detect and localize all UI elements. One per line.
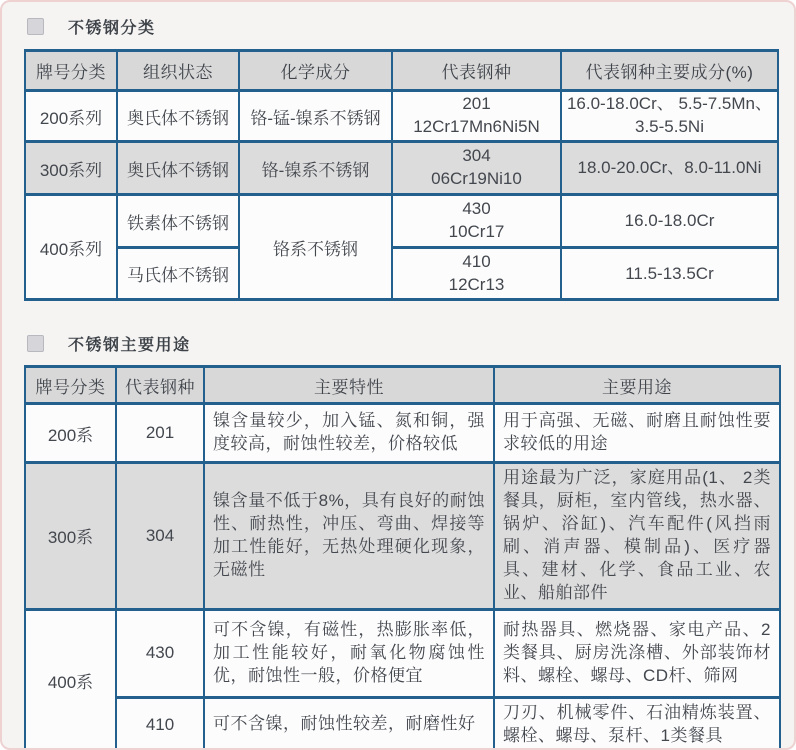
table-row: 300系 304 镍含量不低于8%，具有良好的耐蚀性、耐热性，冲压、弯曲、焊接等…	[25, 463, 780, 610]
steel-code: 201	[393, 93, 560, 116]
header-chemical-composition: 化学成分	[239, 51, 392, 91]
steel-designation: 12Cr17Mn6Ni5N	[393, 116, 560, 139]
steel-cell: 304 06Cr19Ni10	[392, 142, 561, 195]
use-cell: 用途最为广泛，家庭用品(1、 2类餐具，厨柜，室内管线，热水器、锅炉、浴缸)、汽…	[494, 463, 780, 610]
grade-cell: 201	[116, 404, 204, 463]
steel-designation: 12Cr13	[393, 274, 560, 297]
steel-code: 304	[393, 145, 560, 168]
state-cell: 马氏体不锈钢	[117, 248, 239, 300]
feature-cell: 镍含量不低于8%，具有良好的耐蚀性、耐热性，冲压、弯曲、焊接等加工性能好，无热处…	[204, 463, 494, 610]
steel-cell: 201 12Cr17Mn6Ni5N	[392, 91, 561, 142]
section1-title: 不锈钢分类	[68, 15, 156, 38]
feature-cell: 镍含量较少，加入锰、氮和铜，强度较高，耐蚀性较差，价格较低	[204, 404, 494, 463]
header-main-feature: 主要特性	[204, 367, 494, 404]
grade-cell: 410	[116, 697, 204, 750]
state-cell: 奥氏体不锈钢	[117, 91, 239, 142]
use-cell: 用于高强、无磁、耐磨且耐蚀性要求较低的用途	[494, 404, 780, 463]
usage-header-row: 牌号分类 代表钢种 主要特性 主要用途	[25, 367, 780, 404]
steel-code: 410	[393, 251, 560, 274]
steel-designation: 06Cr19Ni10	[393, 168, 560, 191]
table-row: 400系列 铁素体不锈钢 铬系不锈钢 430 10Cr17 16.0-18.0C…	[25, 195, 778, 248]
table-row: 300系列 奥氏体不锈钢 铬-镍系不锈钢 304 06Cr19Ni10 18.0…	[25, 142, 778, 195]
header-series: 牌号分类	[25, 367, 116, 404]
steel-designation: 10Cr17	[393, 221, 560, 244]
use-cell: 刀刃、机械零件、石油精炼装置、螺栓、螺母、泵杆、1类餐具	[494, 697, 780, 750]
composition-cell: 16.0-18.0Cr、 5.5-7.5Mn、3.5-5.5Ni	[561, 91, 778, 142]
bullet-icon	[27, 335, 44, 352]
series-cell: 300系	[25, 463, 116, 610]
grade-cell: 430	[116, 609, 204, 697]
section2-title: 不锈钢主要用途	[68, 332, 191, 355]
document-page: 不锈钢分类 牌号分类 组织状态 化学成分 代表钢种 代表钢种主要成分(%) 20…	[0, 0, 796, 750]
state-cell: 铁素体不锈钢	[117, 195, 239, 248]
header-representative-steel: 代表钢种	[116, 367, 204, 404]
header-main-use: 主要用途	[494, 367, 780, 404]
feature-cell: 可不含镍，耐蚀性较差，耐磨性好	[204, 697, 494, 750]
classification-header-row: 牌号分类 组织状态 化学成分 代表钢种 代表钢种主要成分(%)	[25, 51, 778, 91]
table-row: 马氏体不锈钢 410 12Cr13 11.5-13.5Cr	[25, 248, 778, 300]
series-cell: 200系列	[25, 91, 117, 142]
steel-cell: 410 12Cr13	[392, 248, 561, 300]
steel-code: 430	[393, 198, 560, 221]
series-cell: 400系列	[25, 195, 117, 300]
header-structure-state: 组织状态	[117, 51, 239, 91]
chem-cell: 铬-锰-镍系不锈钢	[239, 91, 392, 142]
bullet-icon	[27, 18, 44, 35]
use-cell: 耐热器具、燃烧器、家电产品、2类餐具、厨房洗涤槽、外部装饰材料、螺栓、螺母、CD…	[494, 609, 780, 697]
series-cell: 300系列	[25, 142, 117, 195]
table-row: 200系 201 镍含量较少，加入锰、氮和铜，强度较高，耐蚀性较差，价格较低 用…	[25, 404, 780, 463]
chem-cell: 铬系不锈钢	[239, 195, 392, 300]
header-main-composition: 代表钢种主要成分(%)	[561, 51, 778, 91]
usage-table: 牌号分类 代表钢种 主要特性 主要用途 200系 201 镍含量较少，加入锰、氮…	[24, 365, 781, 750]
header-series: 牌号分类	[25, 51, 117, 91]
composition-cell: 18.0-20.0Cr、8.0-11.0Ni	[561, 142, 778, 195]
series-cell: 200系	[25, 404, 116, 463]
table-row: 410 可不含镍，耐蚀性较差，耐磨性好 刀刃、机械零件、石油精炼装置、螺栓、螺母…	[25, 697, 780, 750]
feature-cell: 可不含镍，有磁性，热膨胀率低，加工性能较好，耐氧化物腐蚀性优，耐蚀性一般，价格便…	[204, 609, 494, 697]
chem-cell: 铬-镍系不锈钢	[239, 142, 392, 195]
table-row: 200系列 奥氏体不锈钢 铬-锰-镍系不锈钢 201 12Cr17Mn6Ni5N…	[25, 91, 778, 142]
header-representative-steel: 代表钢种	[392, 51, 561, 91]
table-row: 400系 430 可不含镍，有磁性，热膨胀率低，加工性能较好，耐氧化物腐蚀性优，…	[25, 609, 780, 697]
composition-cell: 16.0-18.0Cr	[561, 195, 778, 248]
grade-cell: 304	[116, 463, 204, 610]
section2-header: 不锈钢主要用途	[27, 332, 794, 355]
composition-cell: 11.5-13.5Cr	[561, 248, 778, 300]
state-cell: 奥氏体不锈钢	[117, 142, 239, 195]
series-cell: 400系	[25, 609, 116, 750]
steel-cell: 430 10Cr17	[392, 195, 561, 248]
section1-header: 不锈钢分类	[27, 15, 794, 38]
classification-table: 牌号分类 组织状态 化学成分 代表钢种 代表钢种主要成分(%) 200系列 奥氏…	[24, 49, 779, 301]
